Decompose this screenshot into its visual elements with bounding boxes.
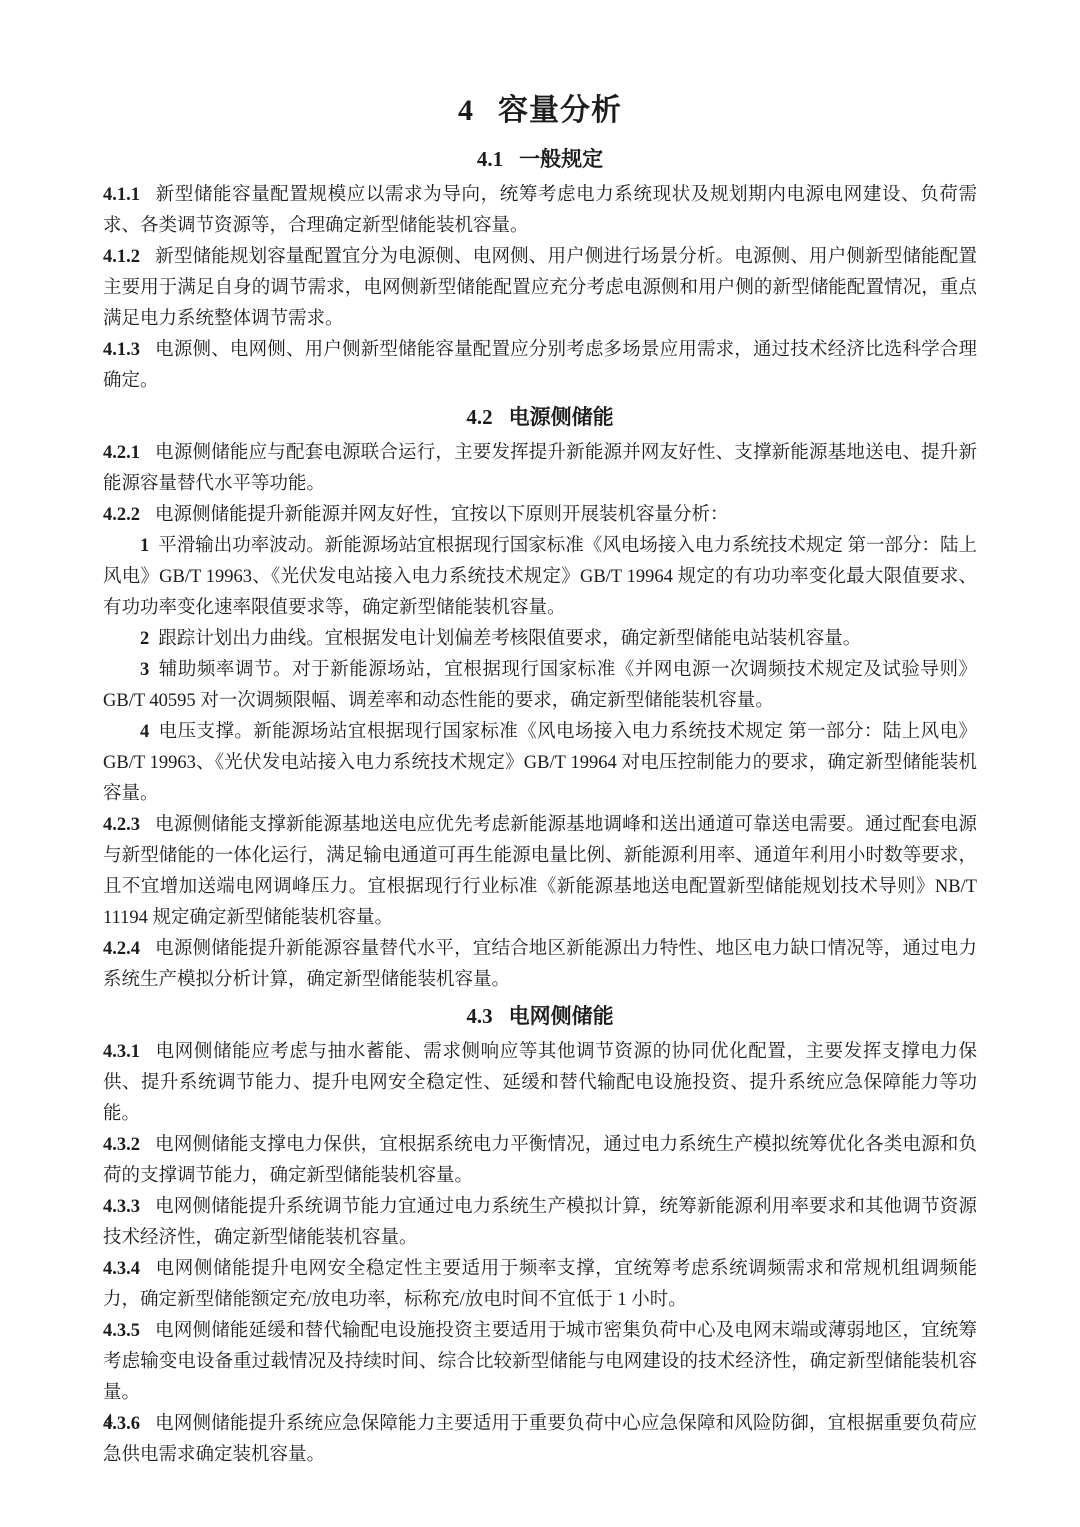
item-text: 跟踪计划出力曲线。宜根据发电计划偏差考核限值要求，确定新型储能电站装机容量。 (158, 629, 861, 649)
clause-4-3-4: 4.3.4电网侧储能提升电网安全稳定性主要适用于频率支撑，宜统筹考虑系统调频需求… (103, 1254, 977, 1316)
clause-text: 电网侧储能提升电网安全稳定性主要适用于频率支撑，宜统筹考虑系统调频需求和常规机组… (103, 1259, 977, 1310)
document-page: 4容量分析 4.1一般规定 4.1.1新型储能容量配置规模应以需求为导向，统筹考… (0, 0, 1080, 1527)
item-text: 电压支撑。新能源场站宜根据现行国家标准《风电场接入电力系统技术规定 第一部分：陆… (103, 722, 977, 804)
clause-number: 4.3.4 (103, 1259, 155, 1279)
clause-number: 4.3.1 (103, 1042, 155, 1062)
section-heading-4-3: 4.3电网侧储能 (103, 1001, 977, 1031)
item-text: 辅助频率调节。对于新能源场站，宜根据现行国家标准《并网电源一次调频技术规定及试验… (103, 660, 977, 711)
clause-number: 4.3.2 (103, 1135, 155, 1155)
clause-4-2-4: 4.2.4电源侧储能提升新能源容量替代水平，宜结合地区新能源出力特性、地区电力缺… (103, 934, 977, 996)
item-number: 3 (140, 660, 158, 680)
clause-number: 4.1.2 (103, 247, 155, 267)
clause-text: 电源侧储能应与配套电源联合运行，主要发挥提升新能源并网友好性、支撑新能源基地送电… (103, 443, 977, 494)
clause-text: 新型储能规划容量配置宜分为电源侧、电网侧、用户侧进行场景分析。电源侧、用户侧新型… (103, 247, 977, 329)
page-number: 4 (104, 1406, 113, 1434)
clause-text: 电网侧储能延缓和替代输配电设施投资主要适用于城市密集负荷中心及电网末端或薄弱地区… (103, 1321, 977, 1403)
section-number: 4.3 (466, 1004, 492, 1028)
list-item-2: 2跟踪计划出力曲线。宜根据发电计划偏差考核限值要求，确定新型储能电站装机容量。 (103, 624, 977, 655)
clause-4-1-3: 4.1.3电源侧、电网侧、用户侧新型储能容量配置应分别考虑多场景应用需求，通过技… (103, 335, 977, 397)
clause-number: 4.1.1 (103, 185, 155, 205)
item-number: 4 (140, 722, 158, 742)
clause-number: 4.2.2 (103, 505, 155, 525)
page-title: 4容量分析 (103, 92, 977, 130)
clause-text: 电网侧储能提升系统调节能力宜通过电力系统生产模拟计算，统筹新能源利用率要求和其他… (103, 1197, 977, 1248)
clause-4-2-3: 4.2.3电源侧储能支撑新能源基地送电应优先考虑新能源基地调峰和送出通道可靠送电… (103, 810, 977, 934)
clause-number: 4.3.3 (103, 1197, 155, 1217)
clause-4-2-2: 4.2.2电源侧储能提升新能源并网友好性，宜按以下原则开展装机容量分析： (103, 500, 977, 531)
list-item-1: 1平滑输出功率波动。新能源场站宜根据现行国家标准《风电场接入电力系统技术规定 第… (103, 531, 977, 624)
clause-text: 电网侧储能提升系统应急保障能力主要适用于重要负荷中心应急保障和风险防御，宜根据重… (103, 1414, 977, 1465)
clause-number: 4.2.3 (103, 815, 155, 835)
clause-4-1-1: 4.1.1新型储能容量配置规模应以需求为导向，统筹考虑电力系统现状及规划期内电源… (103, 180, 977, 242)
clause-text: 电网侧储能应考虑与抽水蓄能、需求侧响应等其他调节资源的协同优化配置，主要发挥支撑… (103, 1042, 977, 1124)
section-heading-4-1: 4.1一般规定 (103, 144, 977, 174)
section-number: 4.2 (466, 405, 492, 429)
clause-text: 新型储能容量配置规模应以需求为导向，统筹考虑电力系统现状及规划期内电源电网建设、… (103, 185, 977, 236)
section-title-text: 电网侧储能 (509, 1004, 614, 1028)
clause-4-3-1: 4.3.1电网侧储能应考虑与抽水蓄能、需求侧响应等其他调节资源的协同优化配置，主… (103, 1037, 977, 1130)
clause-4-3-3: 4.3.3电网侧储能提升系统调节能力宜通过电力系统生产模拟计算，统筹新能源利用率… (103, 1192, 977, 1254)
clause-number: 4.3.5 (103, 1321, 155, 1341)
chapter-number: 4 (458, 94, 474, 127)
clause-number: 4.2.4 (103, 939, 155, 959)
clause-text: 电网侧储能支撑电力保供，宜根据系统电力平衡情况，通过电力系统生产模拟统筹优化各类… (103, 1135, 977, 1186)
clause-4-3-2: 4.3.2电网侧储能支撑电力保供，宜根据系统电力平衡情况，通过电力系统生产模拟统… (103, 1130, 977, 1192)
list-item-3: 3辅助频率调节。对于新能源场站，宜根据现行国家标准《并网电源一次调频技术规定及试… (103, 655, 977, 717)
item-number: 1 (140, 536, 158, 556)
clause-text: 电源侧储能提升新能源并网友好性，宜按以下原则开展装机容量分析： (155, 505, 729, 525)
section-title-text: 一般规定 (519, 147, 603, 171)
chapter-title-text: 容量分析 (498, 94, 622, 127)
clause-number: 4.1.3 (103, 340, 155, 360)
item-text: 平滑输出功率波动。新能源场站宜根据现行国家标准《风电场接入电力系统技术规定 第一… (103, 536, 977, 618)
list-item-4: 4电压支撑。新能源场站宜根据现行国家标准《风电场接入电力系统技术规定 第一部分：… (103, 717, 977, 810)
clause-4-3-5: 4.3.5电网侧储能延缓和替代输配电设施投资主要适用于城市密集负荷中心及电网末端… (103, 1316, 977, 1409)
item-number: 2 (140, 629, 158, 649)
clause-text: 电源侧、电网侧、用户侧新型储能容量配置应分别考虑多场景应用需求，通过技术经济比选… (103, 340, 977, 391)
section-title-text: 电源侧储能 (509, 405, 614, 429)
section-number: 4.1 (477, 147, 503, 171)
clause-4-3-6: 4.3.6电网侧储能提升系统应急保障能力主要适用于重要负荷中心应急保障和风险防御… (103, 1409, 977, 1471)
clause-number: 4.2.1 (103, 443, 155, 463)
clause-4-2-1: 4.2.1电源侧储能应与配套电源联合运行，主要发挥提升新能源并网友好性、支撑新能… (103, 438, 977, 500)
clause-text: 电源侧储能支撑新能源基地送电应优先考虑新能源基地调峰和送出通道可靠送电需要。通过… (103, 815, 977, 928)
clause-4-1-2: 4.1.2新型储能规划容量配置宜分为电源侧、电网侧、用户侧进行场景分析。电源侧、… (103, 242, 977, 335)
section-heading-4-2: 4.2电源侧储能 (103, 402, 977, 432)
clause-text: 电源侧储能提升新能源容量替代水平，宜结合地区新能源出力特性、地区电力缺口情况等，… (103, 939, 977, 990)
